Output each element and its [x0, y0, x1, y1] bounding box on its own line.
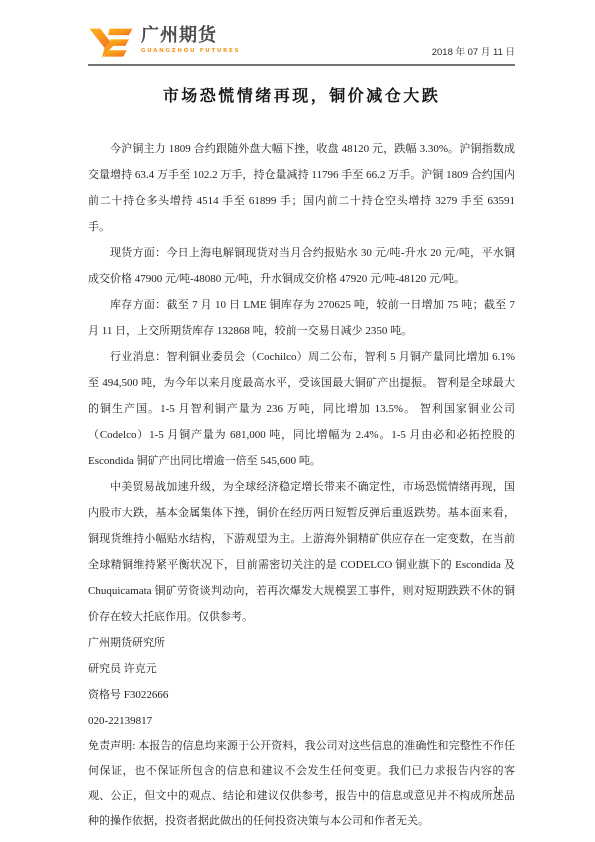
header-divider: [88, 64, 515, 66]
body-paragraph-inventory: 库存方面：截至 7 月 10 日 LME 铜库存为 270625 吨，较前一日增…: [88, 292, 515, 344]
body-paragraph-market: 今沪铜主力 1809 合约跟随外盘大幅下挫，收盘 48120 元，跌幅 3.30…: [88, 136, 515, 240]
disclaimer: 免责声明: 本报告的信息均来源于公开资料，我公司对这些信息的准确性和完整性不作任…: [88, 734, 515, 834]
report-footer: 广州期货研究所 研究员 许克元 资格号 F3022666 020-2213981…: [88, 630, 515, 834]
report-header: 广州期货 GUANGZHOU FUTURES 2018 年 07 月 11 日: [88, 18, 515, 60]
phone-number: 020-22139817: [88, 708, 515, 734]
company-name-cn: 广州期货: [141, 26, 240, 46]
research-org: 广州期货研究所: [88, 630, 515, 656]
company-logo-icon: [88, 26, 134, 60]
cert-number: 资格号 F3022666: [88, 682, 515, 708]
report-body: 今沪铜主力 1809 合约跟随外盘大幅下挫，收盘 48120 元，跌幅 3.30…: [88, 136, 515, 630]
body-paragraph-spot: 现货方面：今日上海电解铜现货对当月合约报贴水 30 元/吨-升水 20 元/吨，…: [88, 240, 515, 292]
brand-text: 广州期货 GUANGZHOU FUTURES: [141, 26, 240, 55]
company-name-en: GUANGZHOU FUTURES: [141, 48, 240, 55]
brand: 广州期货 GUANGZHOU FUTURES: [88, 26, 240, 60]
report-date: 2018 年 07 月 11 日: [432, 44, 515, 60]
body-paragraph-analysis: 中美贸易战加速升级，为全球经济稳定增长带来不确定性，市场恐慌情绪再现，国内股市大…: [88, 474, 515, 630]
report-page: 广州期货 GUANGZHOU FUTURES 2018 年 07 月 11 日 …: [0, 0, 595, 842]
body-paragraph-industry-news: 行业消息：智利铜业委员会（Cochilco）周二公布，智利 5 月铜产量同比增加…: [88, 344, 515, 474]
page-number: 1: [494, 785, 499, 796]
researcher-name: 研究员 许克元: [88, 656, 515, 682]
report-title: 市场恐慌情绪再现，铜价减仓大跌: [88, 83, 515, 106]
